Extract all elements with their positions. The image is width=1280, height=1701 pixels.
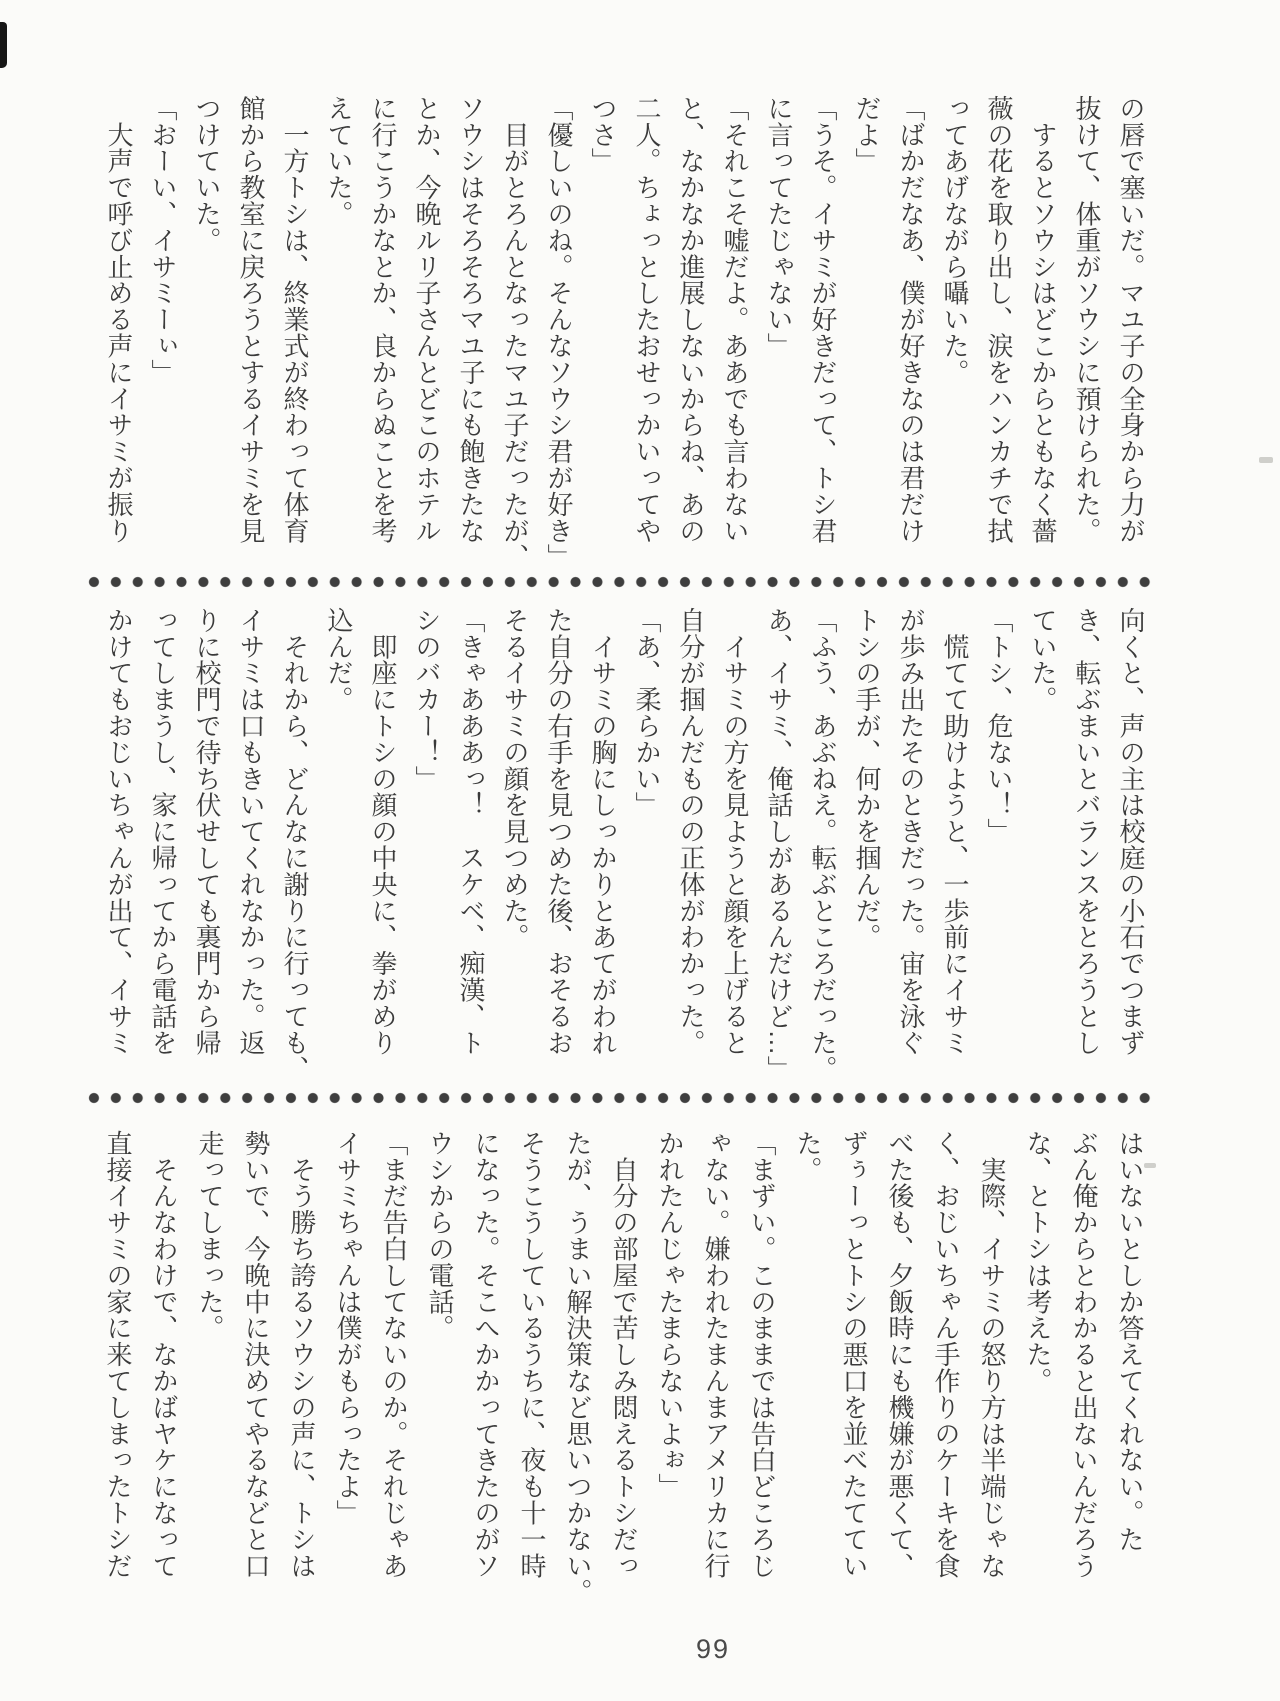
text-column: 自分が掴んだものの正体がわかった。 xyxy=(669,607,713,1059)
text-column: イサミの胸にしっかりとあてがわれ xyxy=(581,607,625,1059)
page-number: 99 xyxy=(673,1634,753,1665)
text-column: 慌てて助けようと、一歩前にイサミ xyxy=(933,607,977,1059)
text-column: 大声で呼び止める声にイサミが振り xyxy=(97,95,141,547)
text-column: えていた。 xyxy=(317,95,361,547)
text-column: ソウシはそろそろマユ子にも飽きたな xyxy=(449,95,493,547)
text-column: イサミの方を見ようと顔を上げると xyxy=(713,607,757,1059)
text-column: 実際、イサミの怒り方は半端じゃな xyxy=(969,1130,1015,1585)
scan-artifact-right-edge xyxy=(1259,457,1273,463)
text-column: 直接イサミの家に来てしまったトシだ xyxy=(95,1130,141,1585)
text-column: ぶん俺からとわかると出ないんだろう xyxy=(1061,1130,1107,1585)
text-column: ってあげながら囁いた。 xyxy=(933,95,977,547)
dotted-separator-1 xyxy=(83,576,1153,588)
text-column: 「まずい。このままでは告白どころじ xyxy=(739,1130,785,1585)
text-column: 自分の部屋で苦しみ悶えるトシだっ xyxy=(601,1130,647,1585)
text-column: 一方トシは、終業式が終わって体育 xyxy=(273,95,317,547)
text-column: とか、今晩ルリ子さんとどこのホテル xyxy=(405,95,449,547)
text-column: 「トシ、危ない！」 xyxy=(977,607,1021,1059)
text-column: そう勝ち誇るソウシの声に、トシは xyxy=(279,1130,325,1585)
text-column: はいないとしか答えてくれない。た xyxy=(1107,1130,1153,1585)
text-column: 薇の花を取り出し、涙をハンカチで拭 xyxy=(977,95,1021,547)
text-column: が歩み出たそのときだった。宙を泳ぐ xyxy=(889,607,933,1059)
text-column: ウシからの電話。 xyxy=(417,1130,463,1585)
text-column: ずぅーっとトシの悪口を並べたててい xyxy=(831,1130,877,1585)
text-column: 目がとろんとなったマユ子だったが、 xyxy=(493,95,537,547)
text-column: だよ」 xyxy=(845,95,889,547)
text-column: 勢いで、今晩中に決めてやるなどと口 xyxy=(233,1130,279,1585)
text-column: た。 xyxy=(785,1130,831,1585)
text-column: ていた。 xyxy=(1021,607,1065,1059)
text-column: 「おーい、イサミーぃ」 xyxy=(141,95,185,547)
text-column: 込んだ。 xyxy=(317,607,361,1059)
text-column: つさ」 xyxy=(581,95,625,547)
text-column: になった。そこへかかってきたのがソ xyxy=(463,1130,509,1585)
text-column: たが、うまい解決策など思いつかない。 xyxy=(555,1130,601,1585)
text-column: 館から教室に戻ろうとするイサミを見 xyxy=(229,95,273,547)
text-column: ってしまうし、家に帰ってから電話を xyxy=(141,607,185,1059)
text-column: かれたんじゃたまらないよぉ」 xyxy=(647,1130,693,1585)
text-column: りに校門で待ち伏せしても裏門から帰 xyxy=(185,607,229,1059)
text-column: それから、どんなに謝りに行っても、 xyxy=(273,607,317,1059)
text-column: するとソウシはどこからともなく薔 xyxy=(1021,95,1065,547)
text-column: 抜けて、体重がソウシに預けられた。 xyxy=(1065,95,1109,547)
text-column: イサミちゃんは僕がもらったよ」 xyxy=(325,1130,371,1585)
text-column: 「ばかだなあ、僕が好きなのは君だけ xyxy=(889,95,933,547)
text-column: 即座にトシの顔の中央に、拳がめり xyxy=(361,607,405,1059)
text-column: イサミは口もきいてくれなかった。返 xyxy=(229,607,273,1059)
scan-artifact-top-left xyxy=(0,22,7,68)
text-column: 二人。ちょっとしたおせっかいってや xyxy=(625,95,669,547)
text-column: そんなわけで、なかばヤケになって xyxy=(141,1130,187,1585)
text-column: 「きゃあああっ！ スケベ、痴漢、ト xyxy=(449,607,493,1059)
text-column: 「ふう、あぶねえ。転ぶところだった。 xyxy=(801,607,845,1059)
text-column: ゃない。嫌われたまんまアメリカに行 xyxy=(693,1130,739,1585)
text-column: 「まだ告白してないのか。それじゃあ xyxy=(371,1130,417,1585)
text-column: そうこうしているうちに、夜も十一時 xyxy=(509,1130,555,1585)
text-column: に行こうかなとか、良からぬことを考 xyxy=(361,95,405,547)
text-column: シのバカー！」 xyxy=(405,607,449,1059)
text-column: かけてもおじいちゃんが出て、イサミ xyxy=(97,607,141,1059)
text-column: た自分の右手を見つめた後、おそるお xyxy=(537,607,581,1059)
text-column: き、転ぶまいとバランスをとろうとし xyxy=(1065,607,1109,1059)
text-column: べた後も、夕飯時にも機嫌が悪くて、 xyxy=(877,1130,923,1585)
text-column: そるイサミの顔を見つめた。 xyxy=(493,607,537,1059)
text-column: あ、イサミ、俺話しがあるんだけど…」 xyxy=(757,607,801,1059)
dotted-separator-2 xyxy=(83,1092,1153,1104)
text-band-top: の唇で塞いだ。マユ子の全身から力が抜けて、体重がソウシに預けられた。 するとソウ… xyxy=(93,95,1153,547)
text-column: に言ってたじゃない」 xyxy=(757,95,801,547)
text-column: 「それこそ嘘だよ。ああでも言わない xyxy=(713,95,757,547)
text-column: な、とトシは考えた。 xyxy=(1015,1130,1061,1585)
text-column: 「あ、柔らかい」 xyxy=(625,607,669,1059)
text-column: つけていた。 xyxy=(185,95,229,547)
text-column: トシの手が、何かを掴んだ。 xyxy=(845,607,889,1059)
text-column: と、なかなか進展しないからね、あの xyxy=(669,95,713,547)
text-column: 走ってしまった。 xyxy=(187,1130,233,1585)
text-column: の唇で塞いだ。マユ子の全身から力が xyxy=(1109,95,1153,547)
text-column: 「優しいのね。そんなソウシ君が好き」 xyxy=(537,95,581,547)
text-column: 「うそ。イサミが好きだって、トシ君 xyxy=(801,95,845,547)
text-column: く、おじいちゃん手作りのケーキを食 xyxy=(923,1130,969,1585)
text-band-middle: 向くと、声の主は校庭の小石でつまずき、転ぶまいとバランスをとろうとしていた。「ト… xyxy=(93,607,1153,1059)
text-band-bottom: はいないとしか答えてくれない。たぶん俺からとわかると出ないんだろうな、とトシは考… xyxy=(93,1130,1153,1585)
text-column: 向くと、声の主は校庭の小石でつまず xyxy=(1109,607,1153,1059)
